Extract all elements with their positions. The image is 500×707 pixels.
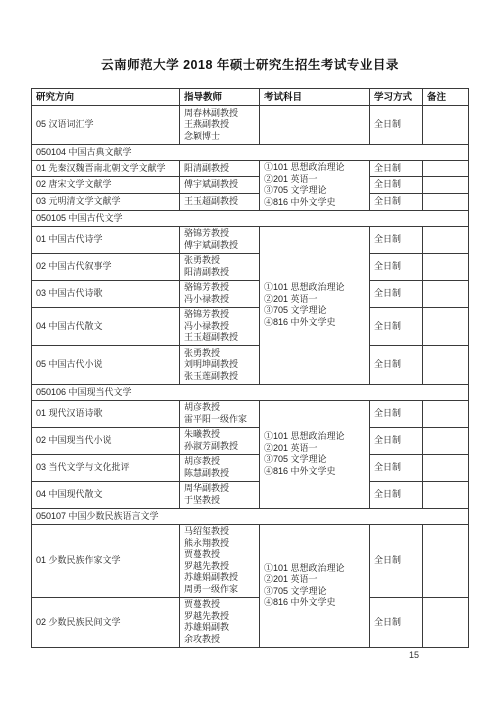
document-page: 云南师范大学 2018 年硕士研究生招生考试专业目录 研究方向 指导教师 考试科…: [0, 0, 500, 707]
direction-cell: 01 少数民族作家文学: [32, 524, 180, 597]
exam-subject: ④816 中外文学史: [264, 317, 365, 329]
advisor-name: 贾蔓教授: [184, 599, 255, 611]
page-title: 云南师范大学 2018 年硕士研究生招生考试专业目录: [0, 55, 500, 73]
advisor-name: 胡彦教授: [184, 456, 255, 468]
study-mode-cell: 全日制: [370, 307, 423, 346]
advisor-name: 骆锦芳教授: [184, 309, 255, 321]
study-mode-cell: 全日制: [370, 226, 423, 253]
advisor-name: 苏雄娟副教: [184, 622, 255, 634]
advisors-cell: 王玉超副教授: [180, 193, 260, 210]
advisor-name: 王玉超副教授: [184, 196, 255, 208]
direction-cell: 01 先秦汉魏晋南北朝文学文献学: [32, 160, 180, 177]
exam-subjects-cell: ①101 思想政治理论②201 英语一③705 文学理论④816 中外文学史: [260, 160, 370, 210]
section-row: 050104 中国古典文献学: [32, 144, 469, 160]
advisors-cell: 周春林副教授王燕副教授念颖博士: [180, 106, 260, 145]
advisors-cell: 胡彦教授雷平阳一级作家: [180, 400, 260, 427]
direction-cell: 01 中国古代诗学: [32, 226, 180, 253]
advisor-name: 雷平阳一级作家: [184, 414, 255, 426]
section-label: 050104 中国古典文献学: [32, 144, 469, 160]
advisor-name: 王玉超副教授: [184, 332, 255, 344]
study-mode-cell: 全日制: [370, 177, 423, 194]
study-mode-cell: 全日制: [370, 280, 423, 307]
table-row: 02 中国古代叙事学张勇教授阳清副教授全日制: [32, 253, 469, 280]
table-row: 05 中国古代小说张勇教授刘明坤副教授张玉莲副教授全日制: [32, 346, 469, 385]
direction-cell: 01 现代汉语诗歌: [32, 400, 180, 427]
study-mode-cell: 全日制: [370, 454, 423, 481]
advisors-cell: 周华副教授于坚教授: [180, 481, 260, 508]
advisor-name: 余攻教授: [184, 634, 255, 646]
note-cell: [423, 253, 469, 280]
section-row: 050105 中国古代文学: [32, 210, 469, 226]
exam-subjects-cell: ①101 思想政治理论②201 英语一③705 文学理论④816 中外文学史: [260, 524, 370, 647]
header-study-mode: 学习方式: [370, 89, 423, 106]
advisor-name: 骆锦芳教授: [184, 228, 255, 240]
advisor-name: 刘明坤副教授: [184, 359, 255, 371]
exam-subject: ④816 中外文学史: [264, 197, 365, 209]
section-label: 050107 中国少数民族语言文学: [32, 508, 469, 524]
exam-subject: ①101 思想政治理论: [264, 282, 365, 294]
section-label: 050106 中国现当代文学: [32, 384, 469, 400]
advisor-name: 朱曦教授: [184, 429, 255, 441]
study-mode-cell: 全日制: [370, 193, 423, 210]
catalog-table-body: 05 汉语词汇学周春林副教授王燕副教授念颖博士全日制050104 中国古典文献学…: [32, 106, 469, 648]
table-row: 04 中国现代散文周华副教授于坚教授全日制: [32, 481, 469, 508]
study-mode-cell: 全日制: [370, 160, 423, 177]
section-row: 050106 中国现当代文学: [32, 384, 469, 400]
exam-subject: ②201 英语一: [264, 574, 365, 586]
exam-subject: ②201 英语一: [264, 294, 365, 306]
note-cell: [423, 280, 469, 307]
table-row: 02 唐宋文学文献学傅宇斌副教授全日制: [32, 177, 469, 194]
advisors-cell: 骆锦芳教授冯小禄教授王玉超副教授: [180, 307, 260, 346]
table-row: 02 少数民族民间文学贾蔓教授罗越先教授苏雄娟副教余攻教授全日制: [32, 597, 469, 647]
advisor-name: 傅宇斌副教授: [184, 240, 255, 252]
advisor-name: 罗越先教授: [184, 611, 255, 623]
advisors-cell: 阳清副教授: [180, 160, 260, 177]
advisor-name: 周华副教授: [184, 483, 255, 495]
study-mode-cell: 全日制: [370, 400, 423, 427]
table-row: 03 中国古代诗歌骆锦芳教授冯小禄教授全日制: [32, 280, 469, 307]
advisors-cell: 胡彦教授陈慧副教授: [180, 454, 260, 481]
table-row: 01 少数民族作家文学马绍玺教授熊永翔教授贾蔓教授罗越先教授苏雄娟副教授周勇一级…: [32, 524, 469, 597]
direction-cell: 03 元明清文学文献学: [32, 193, 180, 210]
note-cell: [423, 481, 469, 508]
advisor-name: 念颖博士: [184, 131, 255, 143]
advisor-name: 于坚教授: [184, 495, 255, 507]
study-mode-cell: 全日制: [370, 597, 423, 647]
header-note: 备注: [423, 89, 469, 106]
advisor-name: 胡彦教授: [184, 402, 255, 414]
table-row: 03 元明清文学文献学王玉超副教授全日制: [32, 193, 469, 210]
advisor-name: 陈慧副教授: [184, 468, 255, 480]
note-cell: [423, 427, 469, 454]
advisors-cell: 马绍玺教授熊永翔教授贾蔓教授罗越先教授苏雄娟副教授周勇一级作家: [180, 524, 260, 597]
advisor-name: 熊永翔教授: [184, 538, 255, 550]
advisor-name: 孙淑芳副教授: [184, 441, 255, 453]
advisor-name: 冯小禄教授: [184, 321, 255, 333]
section-label: 050105 中国古代文学: [32, 210, 469, 226]
advisors-cell: 骆锦芳教授傅宇斌副教授: [180, 226, 260, 253]
note-cell: [423, 454, 469, 481]
advisor-name: 阳清副教授: [184, 163, 255, 175]
advisor-name: 骆锦芳教授: [184, 282, 255, 294]
section-row: 050107 中国少数民族语言文学: [32, 508, 469, 524]
table-row: 01 现代汉语诗歌胡彦教授雷平阳一级作家①101 思想政治理论②201 英语一③…: [32, 400, 469, 427]
direction-cell: 02 少数民族民间文学: [32, 597, 180, 647]
header-exam-subjects: 考试科目: [260, 89, 370, 106]
direction-cell: 04 中国古代散文: [32, 307, 180, 346]
advisors-cell: 张勇教授阳清副教授: [180, 253, 260, 280]
advisor-name: 周春林副教授: [184, 108, 255, 120]
advisors-cell: 张勇教授刘明坤副教授张玉莲副教授: [180, 346, 260, 385]
direction-cell: 03 中国古代诗歌: [32, 280, 180, 307]
study-mode-cell: 全日制: [370, 481, 423, 508]
note-cell: [423, 307, 469, 346]
exam-subject: ②201 英语一: [264, 174, 365, 186]
exam-subject: ①101 思想政治理论: [264, 162, 365, 174]
exam-subject: ①101 思想政治理论: [264, 431, 365, 443]
note-cell: [423, 226, 469, 253]
advisor-name: 王燕副教授: [184, 119, 255, 131]
advisor-name: 苏雄娟副教授: [184, 572, 255, 584]
advisor-name: 周勇一级作家: [184, 584, 255, 596]
advisor-name: 罗越先教授: [184, 561, 255, 573]
exam-subjects-cell: ①101 思想政治理论②201 英语一③705 文学理论④816 中外文学史: [260, 226, 370, 384]
study-mode-cell: 全日制: [370, 346, 423, 385]
table-header-row: 研究方向 指导教师 考试科目 学习方式 备注: [32, 89, 469, 106]
advisors-cell: 朱曦教授孙淑芳副教授: [180, 427, 260, 454]
header-research-direction: 研究方向: [32, 89, 180, 106]
exam-subject: ③705 文学理论: [264, 454, 365, 466]
study-mode-cell: 全日制: [370, 106, 423, 145]
note-cell: [423, 597, 469, 647]
advisor-name: 傅宇斌副教授: [184, 179, 255, 191]
direction-cell: 03 当代文学与文化批评: [32, 454, 180, 481]
study-mode-cell: 全日制: [370, 253, 423, 280]
exam-subject: ②201 英语一: [264, 443, 365, 455]
exam-subject: ③705 文学理论: [264, 305, 365, 317]
note-cell: [423, 177, 469, 194]
note-cell: [423, 160, 469, 177]
page-number: 15: [409, 650, 419, 660]
study-mode-cell: 全日制: [370, 427, 423, 454]
exam-subject: ④816 中外文学史: [264, 597, 365, 609]
note-cell: [423, 400, 469, 427]
exam-subject: ①101 思想政治理论: [264, 563, 365, 575]
catalog-table: 研究方向 指导教师 考试科目 学习方式 备注 05 汉语词汇学周春林副教授王燕副…: [31, 88, 469, 648]
advisor-name: 马绍玺教授: [184, 526, 255, 538]
table-row: 03 当代文学与文化批评胡彦教授陈慧副教授全日制: [32, 454, 469, 481]
advisors-cell: 傅宇斌副教授: [180, 177, 260, 194]
direction-cell: 02 中国现当代小说: [32, 427, 180, 454]
direction-cell: 05 汉语词汇学: [32, 106, 180, 145]
note-cell: [423, 524, 469, 597]
advisors-cell: 骆锦芳教授冯小禄教授: [180, 280, 260, 307]
advisor-name: 张玉莲副教授: [184, 371, 255, 383]
table-row: 05 汉语词汇学周春林副教授王燕副教授念颖博士全日制: [32, 106, 469, 145]
table-row: 04 中国古代散文骆锦芳教授冯小禄教授王玉超副教授全日制: [32, 307, 469, 346]
direction-cell: 02 唐宋文学文献学: [32, 177, 180, 194]
advisor-name: 张勇教授: [184, 348, 255, 360]
table-row: 02 中国现当代小说朱曦教授孙淑芳副教授全日制: [32, 427, 469, 454]
exam-subject: ④816 中外文学史: [264, 466, 365, 478]
exam-subject: ③705 文学理论: [264, 185, 365, 197]
study-mode-cell: 全日制: [370, 524, 423, 597]
note-cell: [423, 193, 469, 210]
advisor-name: 阳清副教授: [184, 267, 255, 279]
direction-cell: 05 中国古代小说: [32, 346, 180, 385]
advisor-name: 贾蔓教授: [184, 549, 255, 561]
direction-cell: 04 中国现代散文: [32, 481, 180, 508]
exam-subjects-cell: [260, 106, 370, 145]
table-row: 01 先秦汉魏晋南北朝文学文献学阳清副教授①101 思想政治理论②201 英语一…: [32, 160, 469, 177]
note-cell: [423, 346, 469, 385]
advisor-name: 冯小禄教授: [184, 294, 255, 306]
exam-subject: ③705 文学理论: [264, 586, 365, 598]
table-row: 01 中国古代诗学骆锦芳教授傅宇斌副教授①101 思想政治理论②201 英语一③…: [32, 226, 469, 253]
note-cell: [423, 106, 469, 145]
direction-cell: 02 中国古代叙事学: [32, 253, 180, 280]
exam-subjects-cell: ①101 思想政治理论②201 英语一③705 文学理论④816 中外文学史: [260, 400, 370, 508]
header-advisor: 指导教师: [180, 89, 260, 106]
advisors-cell: 贾蔓教授罗越先教授苏雄娟副教余攻教授: [180, 597, 260, 647]
advisor-name: 张勇教授: [184, 255, 255, 267]
